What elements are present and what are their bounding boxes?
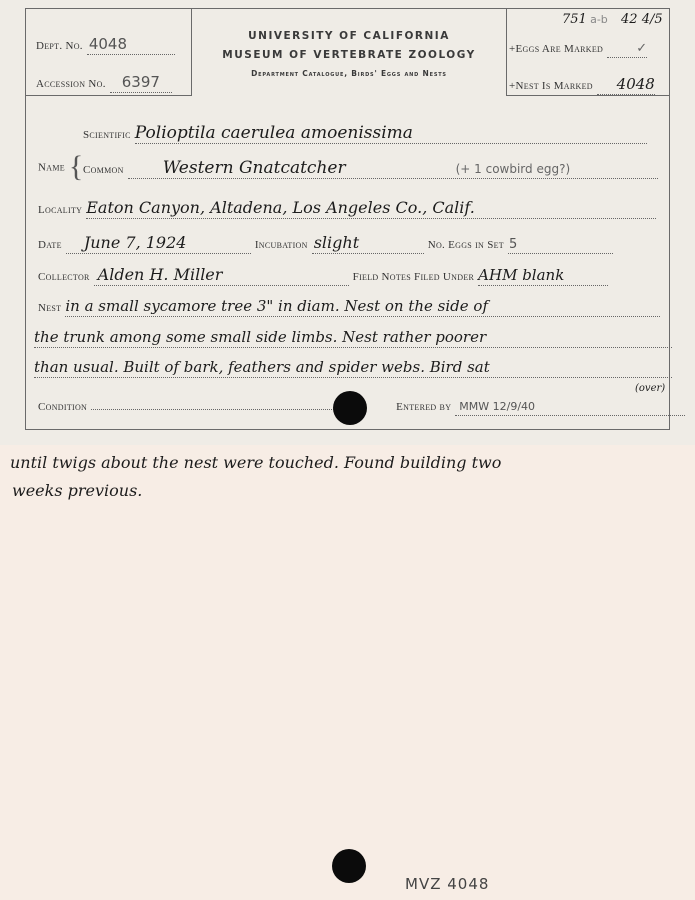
common-label: Common xyxy=(83,164,124,176)
nest-label: Nest xyxy=(38,302,61,314)
dept-no-field: Dept. No. 4048 xyxy=(36,35,175,55)
scientific-name-field: Scientific Polioptila caerulea amoenissi… xyxy=(83,123,647,144)
name-label-group: Name { xyxy=(38,150,83,184)
field-notes-label: Field Notes Filed Under xyxy=(353,271,474,283)
header-university: UNIVERSITY OF CALIFORNIA xyxy=(192,30,506,42)
marking-box: 751 a-b 42 4/5 +Eggs Are Marked ✓ +Nest … xyxy=(506,8,670,96)
card-front: Dept. No. 4048 Accession No. 6397 UNIVER… xyxy=(0,0,695,445)
common-name-value: Western Gnatcatcher xyxy=(163,158,346,178)
condition-label: Condition xyxy=(38,401,87,413)
nest-line-3: than usual. Built of bark, feathers and … xyxy=(34,358,672,378)
incubation-label: Incubation xyxy=(255,239,308,251)
card-header: UNIVERSITY OF CALIFORNIA MUSEUM OF VERTE… xyxy=(192,30,506,78)
scientific-label: Scientific xyxy=(83,129,131,141)
accession-no-label: Accession No. xyxy=(36,78,106,90)
accession-no-value: 6397 xyxy=(122,73,160,91)
locality-value: Eaton Canyon, Altadena, Los Angeles Co.,… xyxy=(86,198,475,217)
common-name-field: Common Western Gnatcatcher(+ 1 cowbird e… xyxy=(83,158,658,179)
nest-marked-field: +Nest Is Marked 4048 xyxy=(509,75,655,95)
collector-label: Collector xyxy=(38,271,90,283)
collector-row: Collector Alden H. Miller Field Notes Fi… xyxy=(38,265,608,286)
eggs-marked-check: ✓ xyxy=(636,41,647,56)
dept-no-label: Dept. No. xyxy=(36,40,83,52)
locality-field: Locality Eaton Canyon, Altadena, Los Ang… xyxy=(38,198,656,219)
over-note: (over) xyxy=(635,378,665,396)
entered-by-value: MMW 12/9/40 xyxy=(459,400,535,413)
name-label: Name xyxy=(38,162,65,174)
field-notes-value: AHM blank xyxy=(478,266,564,284)
date-value: June 7, 1924 xyxy=(84,233,187,252)
scientific-name-value: Polioptila caerulea amoenissima xyxy=(135,123,413,143)
brace-icon: { xyxy=(69,150,83,183)
punch-hole-top xyxy=(333,391,367,425)
nest-marked-label: Nest Is Marked xyxy=(516,80,593,92)
nest-marked-value: 4048 xyxy=(617,75,655,93)
locality-label: Locality xyxy=(38,204,82,216)
eggs-marked-label: Eggs Are Marked xyxy=(516,43,604,55)
eggs-marked-field: +Eggs Are Marked ✓ xyxy=(509,39,647,58)
header-department: Department Catalogue, Birds' Eggs and Ne… xyxy=(192,69,506,78)
nest-line-2: the trunk among some small side limbs. N… xyxy=(34,328,672,348)
reverse-line-1: until twigs about the nest were touched.… xyxy=(10,453,501,473)
nest-line-1: Nest in a small sycamore tree 3" in diam… xyxy=(38,297,660,317)
catalog-stamp: MVZ 4048 xyxy=(405,875,489,894)
punch-hole-bottom xyxy=(332,849,366,883)
incubation-value: slight xyxy=(314,233,359,252)
header-museum: MUSEUM OF VERTEBRATE ZOOLOGY xyxy=(192,49,506,61)
eggs-in-set-label: No. Eggs in Set xyxy=(428,239,504,251)
accession-no-field: Accession No. 6397 xyxy=(36,73,172,93)
date-row: Date June 7, 1924 Incubation slight No. … xyxy=(38,233,613,254)
dept-accession-box: Dept. No. 4048 Accession No. 6397 xyxy=(25,8,192,96)
collector-value: Alden H. Miller xyxy=(98,265,223,284)
cowbird-note: (+ 1 cowbird egg?) xyxy=(456,162,571,176)
date-label: Date xyxy=(38,239,62,251)
eggs-in-set-value: 5 xyxy=(509,237,517,252)
entered-by-label: Entered by xyxy=(396,401,451,413)
dept-no-value: 4048 xyxy=(89,35,127,53)
top-right-note: 751 a-b 42 4/5 xyxy=(562,11,663,27)
reverse-line-2: weeks previous. xyxy=(12,481,142,501)
card-back: until twigs about the nest were touched.… xyxy=(0,445,695,900)
